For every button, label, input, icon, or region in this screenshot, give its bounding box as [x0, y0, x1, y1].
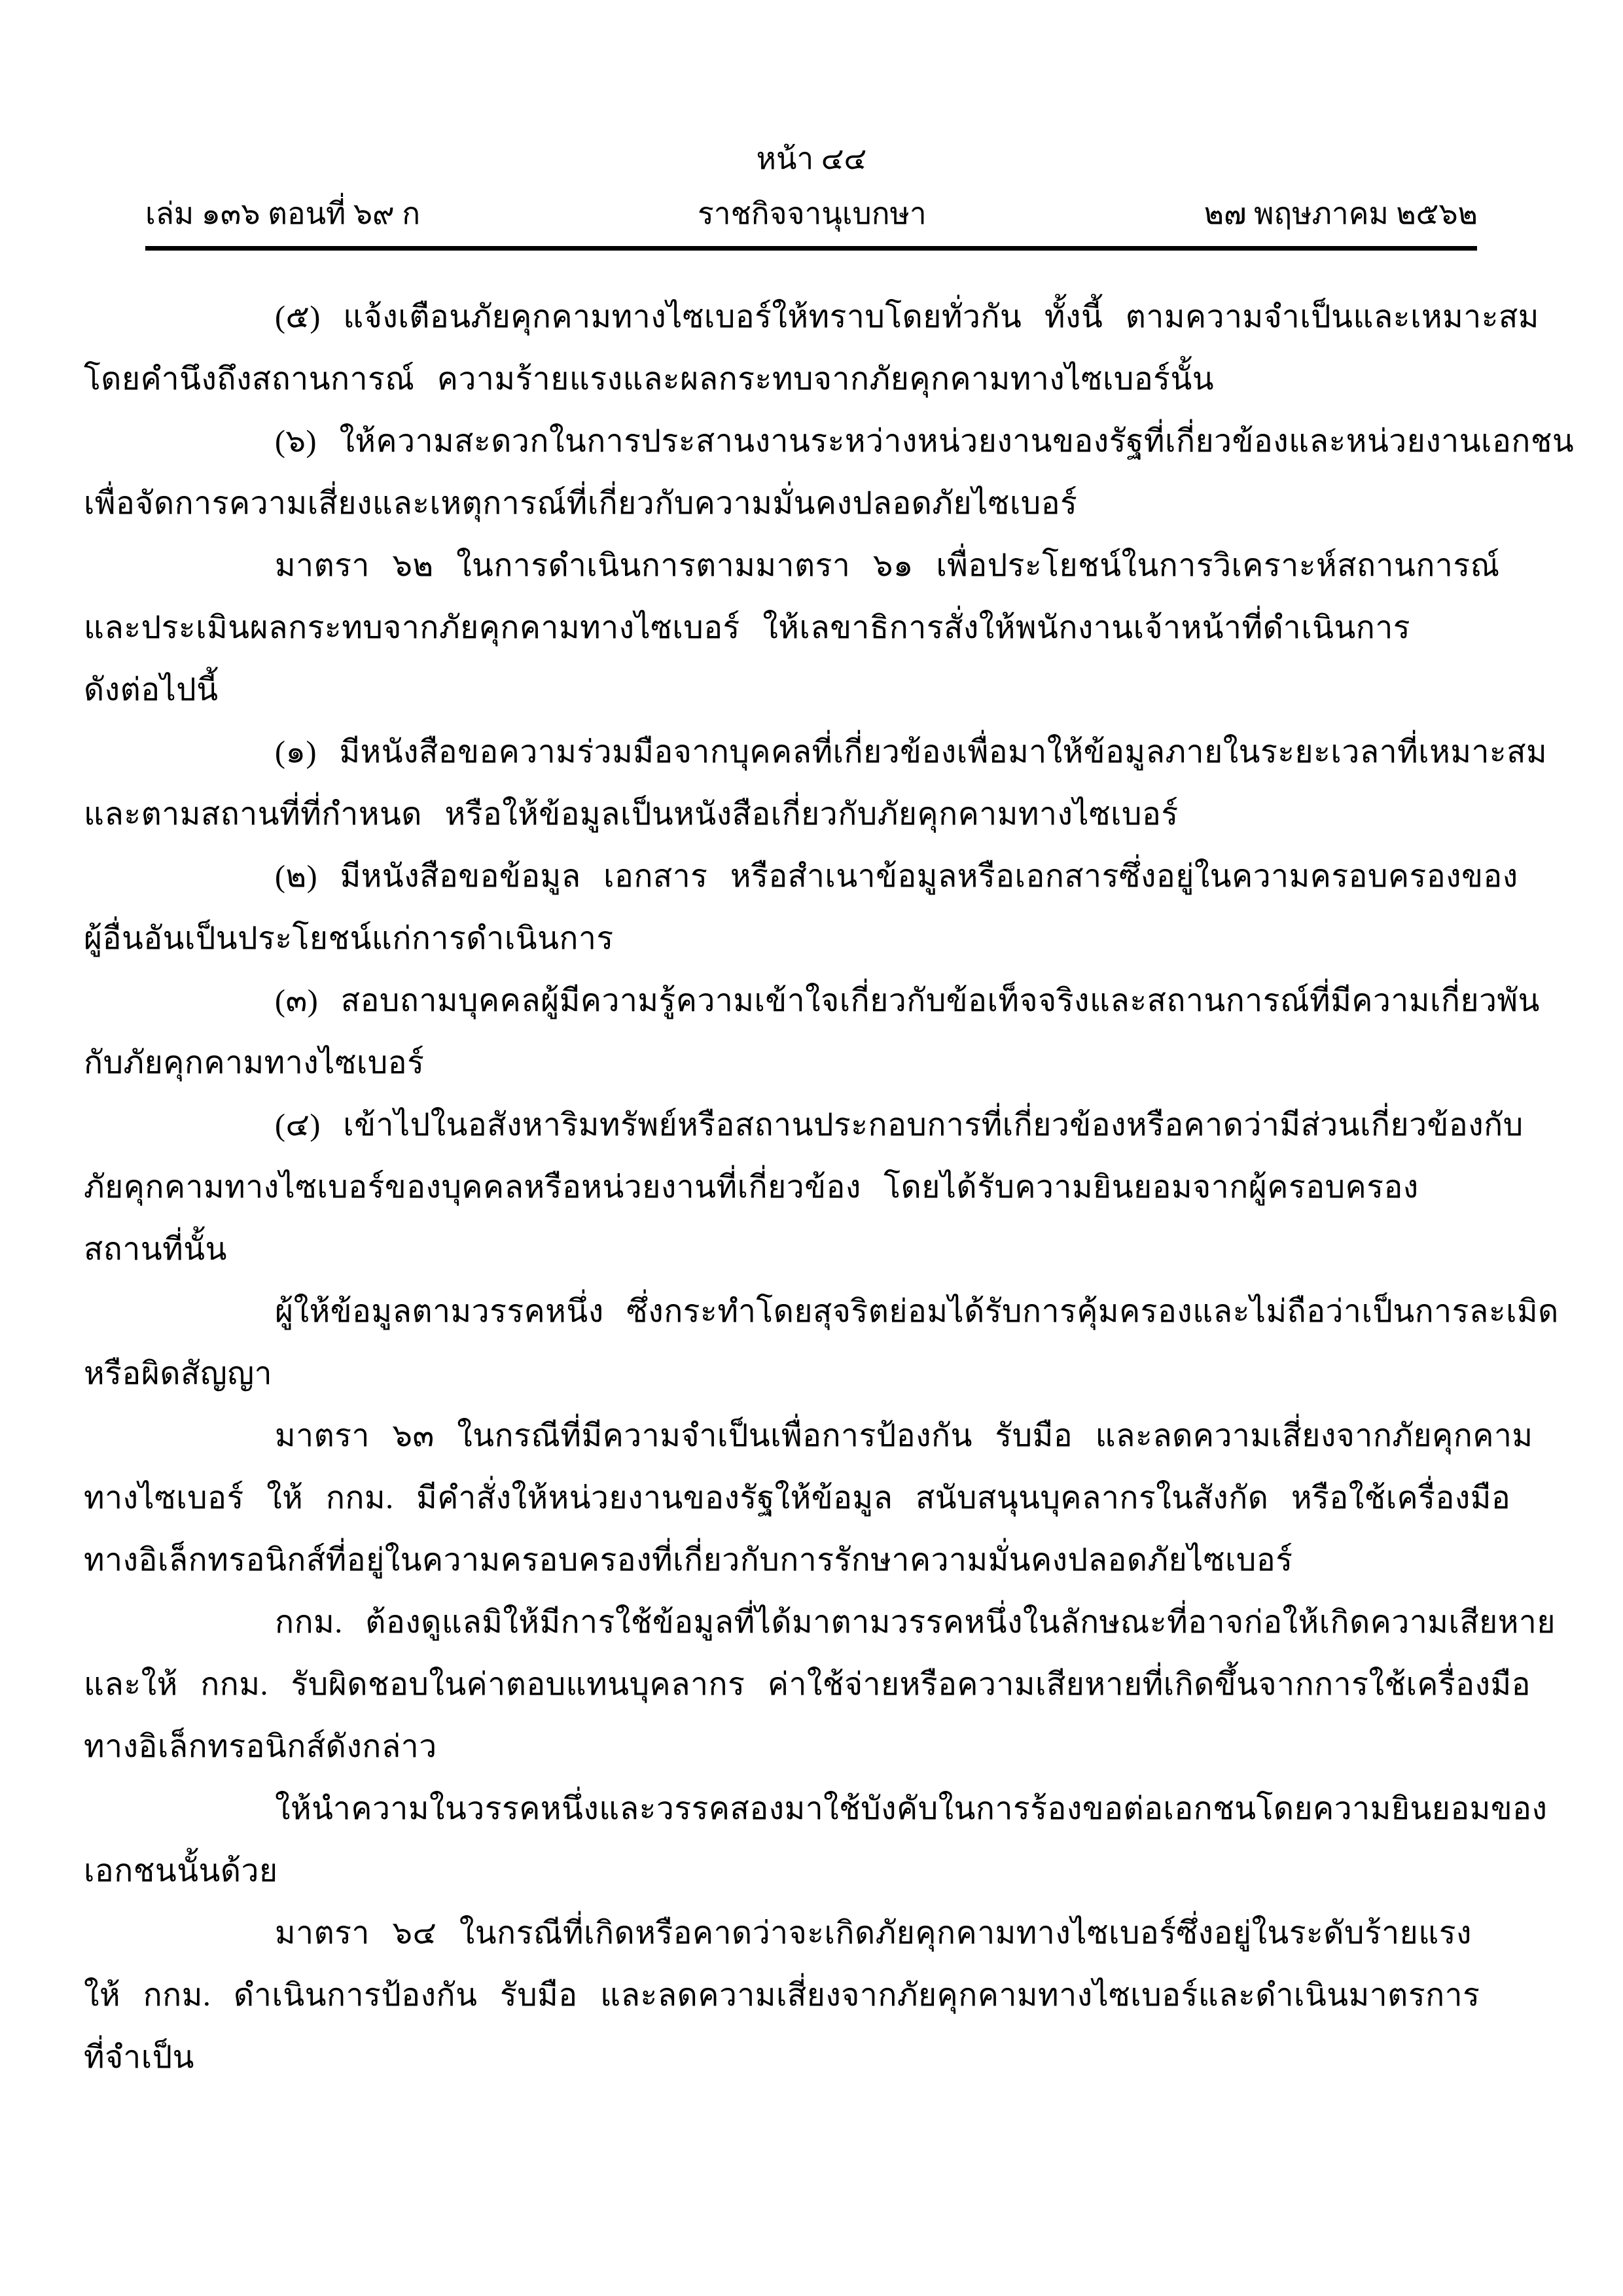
body-line: มาตรา ๖๓ ในกรณีที่มีความจำเป็นเพื่อการป้…: [84, 1405, 1544, 1467]
body-line: และให้ กกม. รับผิดชอบในค่าตอบแทนบุคลากร …: [84, 1653, 1544, 1716]
body-line: และประเมินผลกระทบจากภัยคุกคามทางไซเบอร์ …: [84, 597, 1544, 659]
body-line: (๖) ให้ความสะดวกในการประสานงานระหว่างหน่…: [84, 410, 1544, 472]
body-line: มาตรา ๖๒ ในการดำเนินการตามมาตรา ๖๑ เพื่อ…: [84, 535, 1544, 597]
body-line: ที่จำเป็น: [84, 2026, 1544, 2089]
gazette-name-label: ราชกิจจานุเบกษา: [698, 194, 927, 234]
body-line: ให้นำความในวรรคหนึ่งและวรรคสองมาใช้บังคั…: [84, 1778, 1544, 1840]
body-line: โดยคำนึงถึงสถานการณ์ ความร้ายแรงและผลกระ…: [84, 348, 1544, 410]
gazette-page: หน้า ๔๔ เล่ม ๑๓๖ ตอนที่ ๖๙ ก ราชกิจจานุเ…: [0, 0, 1623, 2296]
header-rule: [145, 246, 1477, 251]
body-line: ทางอิเล็กทรอนิกส์ที่อยู่ในความครอบครองที…: [84, 1529, 1544, 1591]
body-line: ผู้ให้ข้อมูลตามวรรคหนึ่ง ซึ่งกระทำโดยสุจ…: [84, 1280, 1544, 1343]
body-line: ทางไซเบอร์ ให้ กกม. มีคำสั่งให้หน่วยงานข…: [84, 1467, 1544, 1529]
body-line: มาตรา ๖๔ ในกรณีที่เกิดหรือคาดว่าจะเกิดภั…: [84, 1902, 1544, 1964]
body-line: ให้ กกม. ดำเนินการป้องกัน รับมือ และลดคว…: [84, 1964, 1544, 2026]
body-line: ภัยคุกคามทางไซเบอร์ของบุคคลหรือหน่วยงานท…: [84, 1156, 1544, 1218]
header-row: เล่ม ๑๓๖ ตอนที่ ๖๙ ก ราชกิจจานุเบกษา ๒๗ …: [145, 194, 1478, 234]
page-number-label: หน้า ๔๔: [0, 0, 1623, 179]
document-body: (๕) แจ้งเตือนภัยคุกคามทางไซเบอร์ให้ทราบโ…: [84, 286, 1544, 2089]
body-line: เอกชนนั้นด้วย: [84, 1840, 1544, 1902]
body-line: (๒) มีหนังสือขอข้อมูล เอกสาร หรือสำเนาข้…: [84, 845, 1544, 908]
volume-part-label: เล่ม ๑๓๖ ตอนที่ ๖๙ ก: [145, 194, 420, 234]
body-line: (๔) เข้าไปในอสังหาริมทรัพย์หรือสถานประกอ…: [84, 1094, 1544, 1156]
body-line: สถานที่นั้น: [84, 1218, 1544, 1280]
body-line: (๕) แจ้งเตือนภัยคุกคามทางไซเบอร์ให้ทราบโ…: [84, 286, 1544, 348]
publication-date-label: ๒๗ พฤษภาคม ๒๕๖๒: [1204, 194, 1478, 234]
body-line: และตามสถานที่ที่กำหนด หรือให้ข้อมูลเป็นห…: [84, 783, 1544, 845]
body-line: หรือผิดสัญญา: [84, 1343, 1544, 1405]
body-line: ดังต่อไปนี้: [84, 659, 1544, 721]
body-line: กับภัยคุกคามทางไซเบอร์: [84, 1032, 1544, 1094]
body-line: (๓) สอบถามบุคคลผู้มีความรู้ความเข้าใจเกี…: [84, 970, 1544, 1032]
body-line: ทางอิเล็กทรอนิกส์ดังกล่าว: [84, 1716, 1544, 1778]
body-line: เพื่อจัดการความเสี่ยงและเหตุการณ์ที่เกี่…: [84, 472, 1544, 535]
page-header: หน้า ๔๔ เล่ม ๑๓๖ ตอนที่ ๖๙ ก ราชกิจจานุเ…: [0, 0, 1623, 251]
body-line: กกม. ต้องดูแลมิให้มีการใช้ข้อมูลที่ได้มา…: [84, 1591, 1544, 1653]
body-line: (๑) มีหนังสือขอความร่วมมือจากบุคคลที่เกี…: [84, 721, 1544, 783]
body-line: ผู้อื่นอันเป็นประโยชน์แก่การดำเนินการ: [84, 908, 1544, 970]
